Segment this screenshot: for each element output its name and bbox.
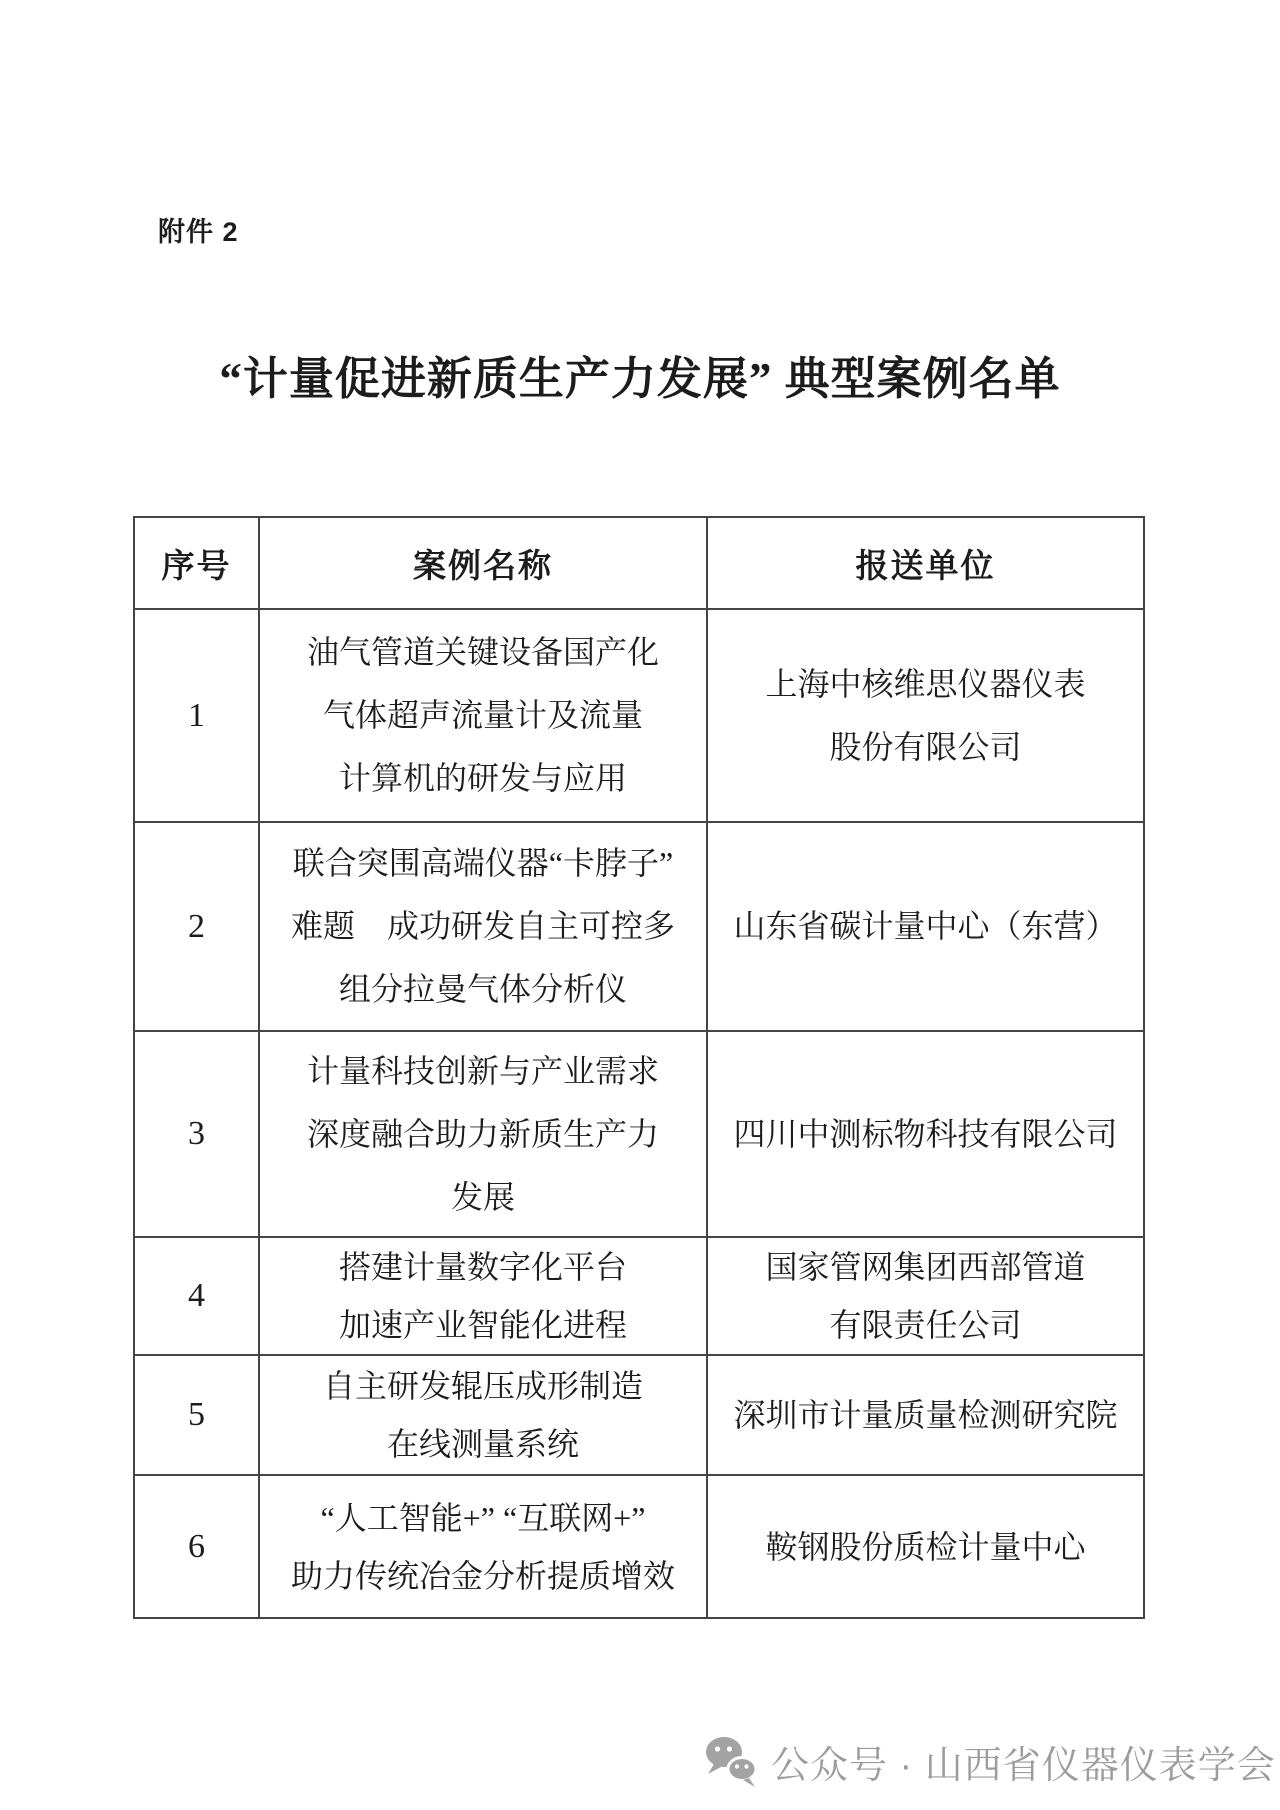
unit-line: 股份有限公司 (708, 716, 1143, 779)
footer-text: 公众号 · 山西省仪器仪表学会 (771, 1734, 1276, 1789)
case-line: 难题 成功研发自主可控多 (260, 895, 706, 958)
watermark-footer: 公众号 · 山西省仪器仪表学会 (703, 1734, 1276, 1789)
case-name-cell: 油气管道关键设备国产化 气体超声流量计及流量 计算机的研发与应用 (259, 609, 707, 822)
table-row: 5 自主研发辊压成形制造 在线测量系统 深圳市计量质量检测研究院 (134, 1355, 1144, 1475)
header-serial-number: 序号 (134, 517, 259, 609)
unit-cell: 上海中核维思仪器仪表 股份有限公司 (707, 609, 1144, 822)
wechat-icon (703, 1735, 759, 1789)
case-name-cell: 计量科技创新与产业需求 深度融合助力新质生产力 发展 (259, 1031, 707, 1237)
cases-table: 序号 案例名称 报送单位 1 油气管道关键设备国产化 气体超声流量计及流量 计算… (133, 516, 1145, 1619)
unit-cell: 四川中测标物科技有限公司 (707, 1031, 1144, 1237)
unit-line: 上海中核维思仪器仪表 (708, 653, 1143, 716)
unit-line: 鞍钢股份质检计量中心 (708, 1518, 1143, 1576)
case-line: 在线测量系统 (260, 1415, 706, 1473)
row-number-cell: 3 (134, 1031, 259, 1237)
unit-line: 四川中测标物科技有限公司 (708, 1103, 1143, 1166)
case-line: 计量科技创新与产业需求 (260, 1040, 706, 1103)
attachment-label: 附件 2 (158, 210, 239, 249)
case-line: 深度融合助力新质生产力 (260, 1103, 706, 1166)
table-row: 3 计量科技创新与产业需求 深度融合助力新质生产力 发展 四川中测标物科技有限公… (134, 1031, 1144, 1237)
unit-cell: 鞍钢股份质检计量中心 (707, 1475, 1144, 1618)
case-line: 搭建计量数字化平台 (260, 1238, 706, 1296)
header-submitting-unit: 报送单位 (707, 517, 1144, 609)
case-line: 发展 (260, 1166, 706, 1229)
case-line: 联合突围高端仪器“卡脖子” (260, 832, 706, 895)
case-line: 油气管道关键设备国产化 (260, 621, 706, 684)
row-number-cell: 1 (134, 609, 259, 822)
row-number-cell: 4 (134, 1237, 259, 1355)
case-line: 自主研发辊压成形制造 (260, 1357, 706, 1415)
case-name-cell: 自主研发辊压成形制造 在线测量系统 (259, 1355, 707, 1475)
unit-line: 深圳市计量质量检测研究院 (708, 1386, 1143, 1444)
table-header-row: 序号 案例名称 报送单位 (134, 517, 1144, 609)
unit-line: 山东省碳计量中心（东营） (708, 895, 1143, 958)
table-row: 4 搭建计量数字化平台 加速产业智能化进程 国家管网集团西部管道 有限责任公司 (134, 1237, 1144, 1355)
case-line: 气体超声流量计及流量 (260, 684, 706, 747)
unit-cell: 深圳市计量质量检测研究院 (707, 1355, 1144, 1475)
case-line: 计算机的研发与应用 (260, 747, 706, 810)
case-line: 加速产业智能化进程 (260, 1296, 706, 1354)
row-number-cell: 2 (134, 822, 259, 1031)
row-number-cell: 6 (134, 1475, 259, 1618)
unit-line: 有限责任公司 (708, 1296, 1143, 1354)
table-row: 6 “人工智能+” “互联网+” 助力传统冶金分析提质增效 鞍钢股份质检计量中心 (134, 1475, 1144, 1618)
case-name-cell: 搭建计量数字化平台 加速产业智能化进程 (259, 1237, 707, 1355)
header-case-name: 案例名称 (259, 517, 707, 609)
case-name-cell: “人工智能+” “互联网+” 助力传统冶金分析提质增效 (259, 1475, 707, 1618)
unit-cell: 国家管网集团西部管道 有限责任公司 (707, 1237, 1144, 1355)
case-line: 组分拉曼气体分析仪 (260, 958, 706, 1021)
table-row: 2 联合突围高端仪器“卡脖子” 难题 成功研发自主可控多 组分拉曼气体分析仪 山… (134, 822, 1144, 1031)
unit-line: 国家管网集团西部管道 (708, 1238, 1143, 1296)
case-line: 助力传统冶金分析提质增效 (260, 1547, 706, 1605)
unit-cell: 山东省碳计量中心（东营） (707, 822, 1144, 1031)
case-name-cell: 联合突围高端仪器“卡脖子” 难题 成功研发自主可控多 组分拉曼气体分析仪 (259, 822, 707, 1031)
table-row: 1 油气管道关键设备国产化 气体超声流量计及流量 计算机的研发与应用 上海中核维… (134, 609, 1144, 822)
case-line: “人工智能+” “互联网+” (260, 1489, 706, 1547)
page-title: “计量促进新质生产力发展” 典型案例名单 (0, 342, 1280, 407)
row-number-cell: 5 (134, 1355, 259, 1475)
